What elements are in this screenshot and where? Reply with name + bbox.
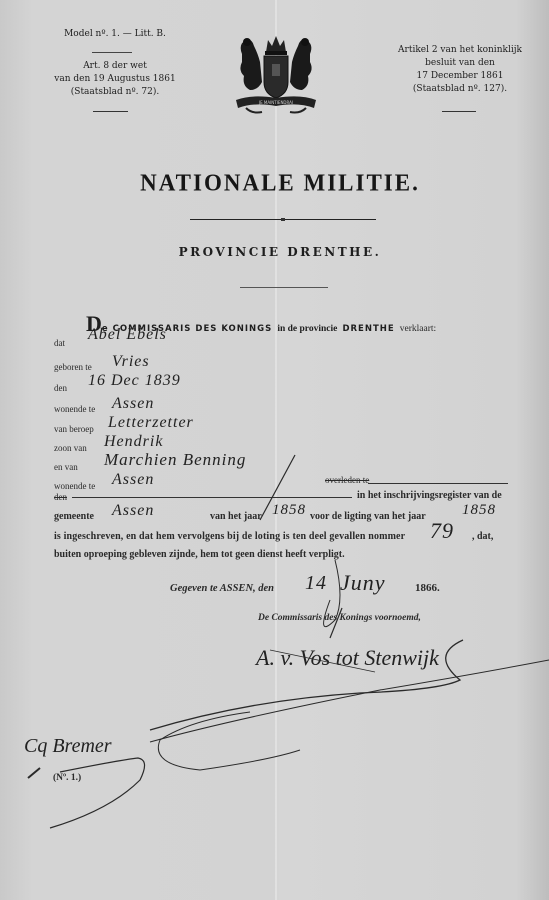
lot-number: 79 xyxy=(430,518,454,544)
ingeschreven-text: is ingeschreven, en dat hem vervolgens b… xyxy=(54,531,405,542)
province-heading: PROVINCIE DRENTHE. xyxy=(100,245,460,259)
year-text-1: van het jaar xyxy=(210,511,262,522)
given-prefix: Gegeven te ASSEN, den xyxy=(170,583,274,594)
signature-secretary: Cq Bremer xyxy=(24,735,112,758)
struck-line xyxy=(368,483,508,484)
blank-line xyxy=(72,497,352,498)
field-label-wonende-2: wonende te xyxy=(54,481,95,491)
field-label-den: den xyxy=(54,383,67,393)
struck-overleden: overleden te xyxy=(325,475,369,485)
divider xyxy=(442,111,476,112)
dat-text: , dat, xyxy=(472,531,493,542)
header-left: Model nº. 1. — Litt. B. xyxy=(40,28,190,41)
intro-verb: verklaart: xyxy=(400,324,436,334)
given-month: Juny xyxy=(340,570,386,596)
field-label-beroep: van beroep xyxy=(54,424,94,434)
law-line-3: (Staatsblad nº. 72). xyxy=(40,86,190,99)
header-right: Artikel 2 van het koninklijk besluit van… xyxy=(385,44,535,96)
field-value-birthdate: 16 Dec 1839 xyxy=(88,372,181,390)
signature-commissioner: A. v. Vos tot Stenwijk xyxy=(256,645,439,671)
coat-of-arms-icon: JE MAINTIENDRAI xyxy=(232,32,320,117)
register-text: in het inschrijvingsregister van de xyxy=(357,490,502,501)
decree-line-2: besluit van den xyxy=(385,57,535,70)
field-value-birthplace: Vries xyxy=(112,353,150,371)
field-value-mother: Marchien Benning xyxy=(104,450,246,470)
given-year: 1866. xyxy=(415,582,440,594)
den-label: den xyxy=(54,492,67,502)
field-label-dat: dat xyxy=(54,338,65,348)
field-value-father: Hendrik xyxy=(104,433,163,451)
field-value-residence: Assen xyxy=(112,395,154,413)
field-value-residence-2: Assen xyxy=(112,471,154,489)
decree-line-4: (Staatsblad nº. 127). xyxy=(385,83,535,96)
gemeente-value: Assen xyxy=(112,502,154,520)
law-line-2: van den 19 Augustus 1861 xyxy=(40,73,190,86)
intro-province: DRENTHE xyxy=(342,324,394,334)
buiten-text: buiten oproeping gebleven zijnde, hem to… xyxy=(54,549,345,560)
divider xyxy=(92,52,132,53)
decree-line-1: Artikel 2 van het koninklijk xyxy=(385,44,535,57)
given-day: 14 xyxy=(305,572,327,595)
field-value-name: Abel Ebels xyxy=(88,326,167,344)
field-value-occupation: Letterzetter xyxy=(108,414,194,432)
form-number: (Nº. 1.) xyxy=(53,773,81,783)
divider xyxy=(93,111,128,112)
paper-fold xyxy=(275,0,277,900)
field-label-en-van: en van xyxy=(54,462,78,472)
field-label-zoon-van: zoon van xyxy=(54,443,87,453)
year-value-2: 1858 xyxy=(462,502,496,519)
year-value-1: 1858 xyxy=(272,502,306,519)
svg-text:JE MAINTIENDRAI: JE MAINTIENDRAI xyxy=(258,100,293,105)
header-left-law: Art. 8 der wet van den 19 Augustus 1861 … xyxy=(40,60,190,99)
model-line: Model nº. 1. — Litt. B. xyxy=(40,28,190,41)
year-text-2: voor de ligting van het jaar xyxy=(310,511,426,522)
field-label-geboren: geboren te xyxy=(54,362,92,372)
field-label-wonende: wonende te xyxy=(54,404,95,414)
title-divider xyxy=(190,219,376,220)
gemeente-label: gemeente xyxy=(54,511,94,522)
decree-line-3: 17 December 1861 xyxy=(385,70,535,83)
ornament-divider xyxy=(240,287,328,288)
document-title: NATIONALE MILITIE. xyxy=(100,169,460,196)
law-line-1: Art. 8 der wet xyxy=(40,60,190,73)
closing-text: De Commissaris des Konings voornoemd, xyxy=(258,613,421,623)
intro-middle: in de provincie xyxy=(277,324,337,334)
